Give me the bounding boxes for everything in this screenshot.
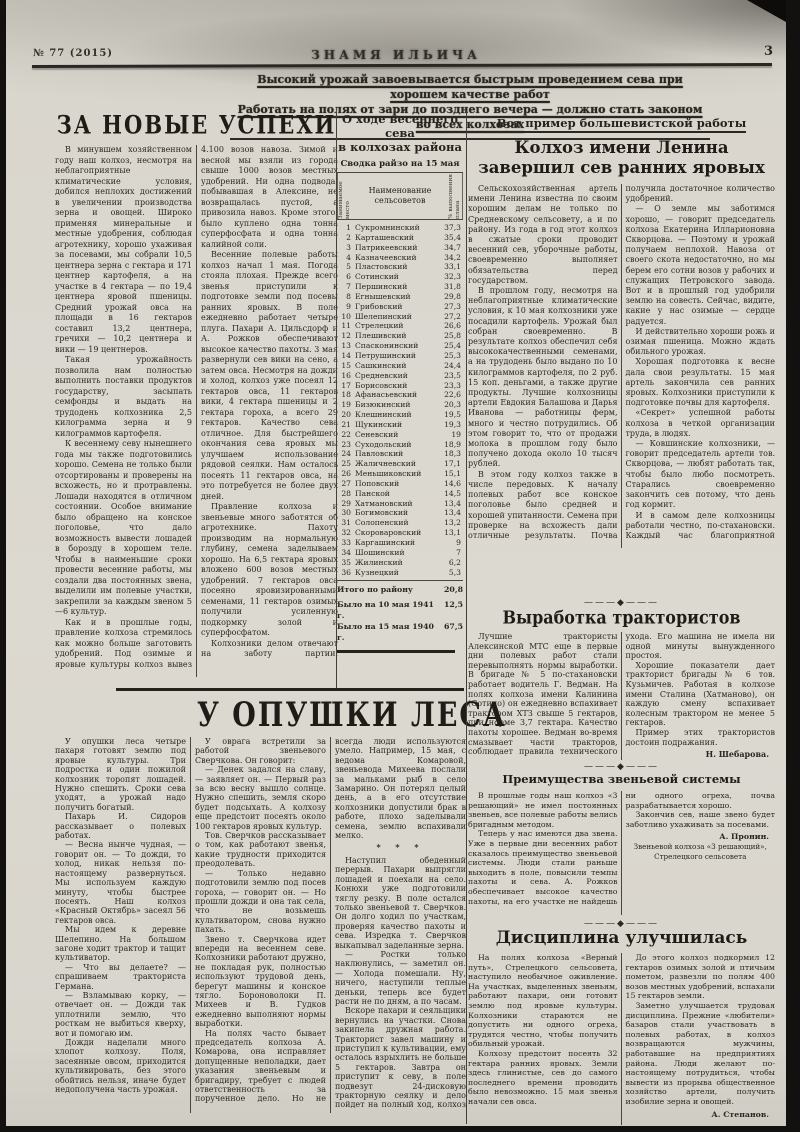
paragraph: Колхозу предстоит посеять 32 гектара ран… [468,1049,618,1107]
cell-place: 2 [337,233,355,243]
cell-place: 4 [337,253,355,263]
cell-place: 5 [337,262,355,272]
table-row: 6Сотинский32,3 [337,272,463,282]
cell-place: 16 [337,371,355,381]
cell-pct: 35,4 [437,233,463,243]
paragraph: — Ковшинские колхозники, — говорит предс… [626,439,776,510]
compare-row-1940: Было на 15 мая 1940 г. 67,5 [337,621,463,643]
cell-place: 10 [337,312,355,322]
cell-place: 12 [337,331,355,341]
paragraph: В минувшем хозяйственном году наш колхоз… [55,145,192,355]
paragraph: Дожди наделали много хлопот колхозу. Пол… [55,1038,186,1094]
cell-pct: 23,3 [437,381,463,391]
column-header-place: Занимаемое место [337,173,352,219]
paragraph: Наступил обеденный перерыв. Пахари выпря… [335,856,466,950]
cell-place: 18 [337,390,355,400]
cell-name: Афанасьевский [355,390,437,400]
article-za-novye-uspekhi: ЗА НОВЫЕ УСПЕХИ В минувшем хозяйственном… [55,112,338,690]
cell-place: 7 [337,282,355,292]
cell-pct: 13,1 [437,528,463,538]
table-row: 16Средневский23,5 [337,371,463,381]
table-row: 27Поповский14,6 [337,479,463,489]
paragraph: Правление колхоза и звеньевые много забо… [201,502,338,639]
cell-place: 32 [337,528,355,538]
compare-value-1940: 67,5 [439,621,463,643]
compare-value-1941: 12,5 [439,599,463,621]
cell-place: 31 [337,518,355,528]
cell-name: Спасконинский [355,341,437,351]
paragraph: — Весна нынче чудная, — говорит он. — То… [55,840,186,925]
article-title: Преимущества звеньевой системы [468,772,775,786]
cell-name: Сукромнинский [355,223,437,233]
cell-pct: 15,1 [437,469,463,479]
article-body: Сельскохозяйственная артель имени Ленина… [468,184,775,548]
kicker-wrap: Вот пример большевистской работы [468,112,775,133]
cell-place: 11 [337,321,355,331]
article-title: Дисциплина улучшилась [468,928,775,948]
cell-pct: 37,3 [437,223,463,233]
article-disciplina: Дисциплина улучшилась На полях колхоза «… [468,928,775,1126]
paragraph-list: Лучшие трактористы Алексинской МТС еще в… [468,632,775,760]
cell-name: Павловский [355,449,437,459]
cell-pct: 27,3 [437,302,463,312]
cell-place: 19 [337,400,355,410]
table-row: 5Пластовский33,1 [337,262,463,272]
article-kicker: Вот пример большевистской работы [497,116,746,133]
table-rows: 1Сукромнинский37,32Карташевский35,43Патр… [337,223,463,577]
article-zvenevaya-sistema: Преимущества звеньевой системы В прошлые… [468,772,775,918]
table-row: 13Спасконинский25,4 [337,341,463,351]
table-row: 32Скороваровский13,1 [337,528,463,538]
cell-name: Панской [355,489,437,499]
cell-pct: 24,4 [437,361,463,371]
cell-name: Поповский [355,479,437,489]
table-row: 34Шошинский7 [337,548,463,558]
table-subtitle: Сводка райзо на 15 мая [337,159,463,169]
table-row: 11Стрелецкий26,6 [337,321,463,331]
table-row: 18Афанасьевский22,6 [337,390,463,400]
signature: А. Степанов. [626,1110,770,1120]
article-title: У ОПУШКИ ЛЕСА [55,696,466,735]
cell-name: Клешнинский [355,410,437,420]
table-row: 26Меньшиковский15,1 [337,469,463,479]
table-title-line2: в колхозах района [337,140,463,154]
cell-name: Казначеевский [355,253,437,263]
cell-pct: 17,1 [437,459,463,469]
cell-place: 33 [337,538,355,548]
cell-name: Шелепинский [355,312,437,322]
table-row: 1Сукромнинский37,3 [337,223,463,233]
cell-pct: 32,3 [437,272,463,282]
cell-pct: 19,3 [437,420,463,430]
paragraph: — Ростки только наклюнулись, — заметил о… [335,950,466,1006]
table-row: 20Клешнинский19,5 [337,410,463,420]
cell-name: Жилинский [355,558,437,568]
cell-name: Карташевский [355,233,437,243]
cell-name: Солопенский [355,518,437,528]
paragraph: — Что вы делаете? — спрашиваем тракторис… [55,963,186,991]
cell-place: 9 [337,302,355,312]
paragraph: Пример этих трактористов достоин подража… [626,728,776,747]
table-row: 29Хатмановский13,4 [337,499,463,509]
paragraph: В прошлые годы наш колхоз «3 решающий» н… [468,791,618,829]
cell-place: 27 [337,479,355,489]
cell-pct: 13,4 [437,508,463,518]
cell-name: Егнышевский [355,292,437,302]
table-row: 10Шелепинский27,2 [337,312,463,322]
paragraph: У опушки леса четыре пахаря готовят земл… [55,737,186,812]
paragraph: Хорошая подготовка к весне дала свои рез… [626,357,776,408]
sowing-summary-table: О ходе весеннего сева в колхозах района … [337,112,463,690]
cell-pct: 34,2 [437,253,463,263]
cell-name: Щукинский [355,420,437,430]
table-row: 24Павловский18,3 [337,449,463,459]
masthead: ЗНАМЯ ИЛЬИЧА [6,48,786,62]
table-title-line1: О ходе весеннего сева [337,112,463,140]
cell-name: Плешивский [355,331,437,341]
article-body: На полях колхоза «Верный путь», Стрелецк… [468,953,775,1125]
paragraph: Заметно улучшается трудовая дисциплина. … [626,1001,776,1107]
column-rule-main [466,112,467,1124]
cell-pct: 19 [437,430,463,440]
cell-name: Скороваровский [355,528,437,538]
article-vyrabotka-traktoristov: Выработка трактористов Лучшие тракторист… [468,608,775,760]
cell-pct: 13,4 [437,499,463,509]
paragraph: И действительно хороши рожь и озимая пше… [626,327,776,358]
cell-name: Меньшиковский [355,469,437,479]
table-row: 25Жаличневский17,1 [337,459,463,469]
paragraph-list: В минувшем хозяйственном году наш колхоз… [55,145,338,677]
cell-pct: 18,3 [437,449,463,459]
paragraph: Такая урожайность позволила нам полность… [55,355,192,439]
cell-place: 1 [337,223,355,233]
article-title: Выработка трактористов [468,607,775,628]
table-row: 2Карташевский35,4 [337,233,463,243]
cell-place: 35 [337,558,355,568]
cell-place: 23 [337,440,355,450]
cell-place: 21 [337,420,355,430]
banner-line-1: Высокий урожай завоевывается быстрым про… [230,72,710,102]
table-row: 4Казначеевский34,2 [337,253,463,263]
cell-pct: 27,2 [437,312,463,322]
header-rule [32,63,772,68]
cell-name: Каргашинский [355,538,437,548]
paragraph: К весеннему севу нынешнего года мы также… [55,439,192,618]
article-body: В прошлые годы наш колхоз «3 решающий» н… [468,791,775,915]
cell-pct: 5,3 [437,568,463,578]
stars-separator: * * * [335,843,466,852]
cell-name: Бизюкинский [355,400,437,410]
cell-pct: 6,2 [437,558,463,568]
page-number: 3 [764,44,773,59]
total-value: 20,8 [439,584,463,595]
compare-label-1940: Было на 15 мая 1940 г. [337,621,439,643]
cell-place: 29 [337,499,355,509]
paragraph: Тов. Сверчков рассказывает о том, как ра… [195,831,326,869]
article-title: Колхоз имени Ленина завершил сев ранних … [468,138,775,178]
paragraph-list: Сельскохозяйственная артель имени Ленина… [468,184,775,548]
signature-role: Звеньевой колхоза «3 решающий», Стрелецк… [626,842,776,861]
cell-name: Стрелецкий [355,321,437,331]
table-row: 21Щукинский19,3 [337,420,463,430]
cell-pct: 9 [437,538,463,548]
cell-pct: 20,3 [437,400,463,410]
article-kolkhoz-lenina: Вот пример большевистской работы Колхоз … [468,112,775,596]
compare-label-1941: Было на 10 мая 1941 г. [337,599,439,621]
paragraph: Закончив сев, наше звено будет заботливо… [626,810,776,829]
cell-pct: 31,8 [437,282,463,292]
signature: А. Пронин. [626,832,770,842]
section-rule [116,688,464,691]
table-row: 22Сеневский19 [337,430,463,440]
cell-place: 34 [337,548,355,558]
newspaper-page: № 77 (2015) ЗНАМЯ ИЛЬИЧА 3 Высокий урожа… [6,0,786,1126]
scan-corner-artifact [740,0,786,22]
cell-pct: 25,4 [437,341,463,351]
table-row: 33Каргашинский9 [337,538,463,548]
cell-place: 3 [337,243,355,253]
cell-place: 17 [337,381,355,391]
column-header-percent: % выполнения плана [448,173,463,219]
cell-name: Сашкинский [355,361,437,371]
cell-place: 14 [337,351,355,361]
cell-pct: 22,6 [437,390,463,400]
paragraph: На полях колхоза «Верный путь», Стрелецк… [468,953,618,1049]
paragraph: — Взламываю корку, — отвечает он. — Дожд… [55,991,186,1038]
cell-place: 30 [337,508,355,518]
cell-place: 25 [337,459,355,469]
cell-pct: 25,8 [437,331,463,341]
cell-place: 24 [337,449,355,459]
cell-name: Петрушинский [355,351,437,361]
cell-name: Шошинский [355,548,437,558]
table-row: 28Панской14,5 [337,489,463,499]
signature: Н. Шебарова. [626,750,770,760]
cell-pct: 33,1 [437,262,463,272]
cell-pct: 25,3 [437,351,463,361]
cell-place: 20 [337,410,355,420]
cell-pct: 23,5 [437,371,463,381]
cell-name: Богимовский [355,508,437,518]
table-row: 9Грибовский27,3 [337,302,463,312]
table-row: 30Богимовский13,4 [337,508,463,518]
cell-name: Пластовский [355,262,437,272]
cell-place: 28 [337,489,355,499]
table-row: 12Плешивский25,8 [337,331,463,341]
paragraph: «Секрет» успешной работы колхоза в четко… [626,408,776,439]
paragraph: — Только недавно подготовили землю под п… [195,869,326,935]
paragraph: — Денек задался на славу, — заявляет он.… [195,765,326,831]
table-totals: Итого по району 20,8 Было на 10 мая 1941… [337,580,463,643]
paragraph: — О земле мы заботимся хорошо, — говорит… [626,204,776,326]
cell-name: Сотинский [355,272,437,282]
cell-pct: 7 [437,548,463,558]
column-rule-table-left [336,112,337,688]
cell-name: Патрикеевский [355,243,437,253]
table-row: 23Суходольский18,9 [337,440,463,450]
table-row: 35Жилинский6,2 [337,558,463,568]
cell-pct: 18,9 [437,440,463,450]
cell-name: Борисовский [355,381,437,391]
cell-name: Хатмановский [355,499,437,509]
cell-place: 8 [337,292,355,302]
paragraph-list: На полях колхоза «Верный путь», Стрелецк… [468,953,775,1125]
table-row: 15Сашкинский24,4 [337,361,463,371]
article-body: В минувшем хозяйственном году наш колхоз… [55,145,338,677]
cell-pct: 19,5 [437,410,463,420]
cell-name: Першинский [355,282,437,292]
table-row: 8Егнышевский29,8 [337,292,463,302]
paragraph: Сельскохозяйственная артель имени Ленина… [468,184,618,286]
cell-place: 22 [337,430,355,440]
compare-row-1941: Было на 10 мая 1941 г. 12,5 [337,599,463,621]
article-body: У опушки леса четыре пахаря готовят земл… [55,737,466,1113]
paragraph: В прошлом году, несмотря на неблагоприят… [468,286,618,470]
cell-place: 26 [337,469,355,479]
cell-place: 15 [337,361,355,371]
column-header-name: Наименование сельсоветов [352,173,448,219]
table-row: 19Бизюкинский20,3 [337,400,463,410]
article-u-opushki-lesa: У ОПУШКИ ЛЕСА У опушки леса четыре пахар… [55,696,466,1124]
cell-place: 36 [337,568,355,578]
paragraph: Звено т. Сверчкова идет впереди на весен… [195,935,326,1029]
article-body: Лучшие трактористы Алексинской МТС еще в… [468,632,775,760]
cell-pct: 14,5 [437,489,463,499]
cell-pct: 14,6 [437,479,463,489]
cell-name: Сеневский [355,430,437,440]
paragraph: У оврага встретили за работой звеньевого… [195,737,326,765]
total-label: Итого по району [337,584,439,595]
paragraph: Мы идем к деревне Шелепино. На большом з… [55,925,186,963]
cell-pct: 34,7 [437,243,463,253]
cell-name: Средневский [355,371,437,381]
table-row: 7Першинский31,8 [337,282,463,292]
table-row: 31Солопенский13,2 [337,518,463,528]
table-row: 14Петрушинский25,3 [337,351,463,361]
paragraph: Пахарь И. Сидоров рассказывает о полевых… [55,812,186,840]
article-title: ЗА НОВЫЕ УСПЕХИ [55,110,338,140]
cell-pct: 26,6 [437,321,463,331]
cell-pct: 13,2 [437,518,463,528]
paragraph: Хорошие показатели дает тракторист брига… [626,661,776,728]
cell-name: Кузнецкий [355,568,437,578]
cell-name: Жаличневский [355,459,437,469]
cell-name: Грибовский [355,302,437,312]
cell-name: Суходольский [355,440,437,450]
cell-pct: 29,8 [437,292,463,302]
table-header: Занимаемое место Наименование сельсовето… [337,172,463,220]
section-divider-icon: ———◆——— [468,762,775,772]
cell-place: 6 [337,272,355,282]
paragraph: До этого колхоз подкормил 12 гектаров оз… [626,953,776,1001]
total-row: Итого по району 20,8 [337,584,463,595]
cell-place: 13 [337,341,355,351]
table-row: 17Борисовский23,3 [337,381,463,391]
table-bottom-rule [337,650,455,653]
table-row: 36Кузнецкий5,3 [337,568,463,578]
table-row: 3Патрикеевский34,7 [337,243,463,253]
paragraph: Весенние полевые работы колхоз начал 1 м… [201,250,338,502]
